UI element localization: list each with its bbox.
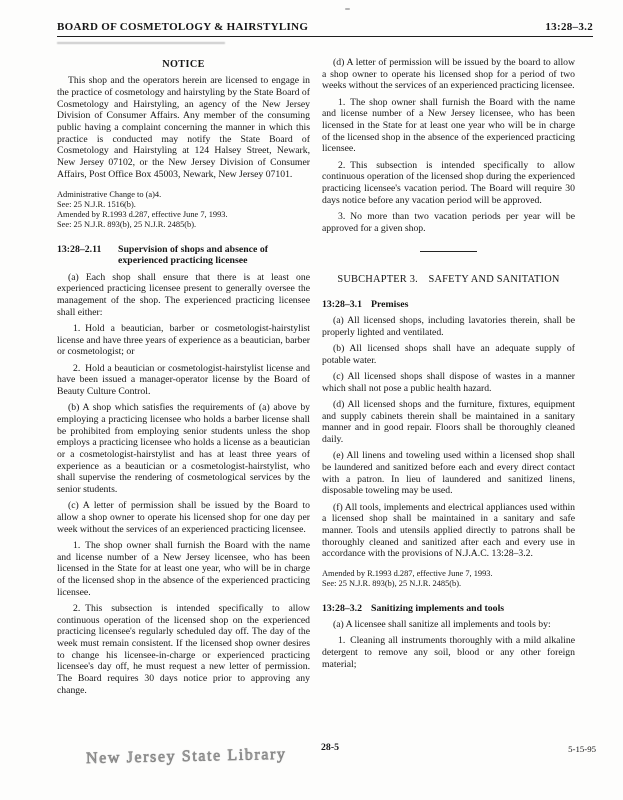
paragraph-d-item-3: 3. No more than two vacation periods per… bbox=[322, 211, 575, 234]
paragraph-a: (a) Each shop shall ensure that there is… bbox=[57, 272, 310, 319]
history-note-line: Administrative Change to (a)4. bbox=[57, 190, 310, 200]
section-divider bbox=[420, 251, 477, 252]
scan-speck bbox=[345, 8, 350, 10]
paragraph-a-item-1: 1. Hold a beautician, barber or cosmetol… bbox=[57, 323, 310, 358]
page-number: 28-5 bbox=[305, 742, 355, 753]
sanitizing-paragraph-a: (a) A licensee shall sanitize all implem… bbox=[322, 619, 575, 631]
footer-date: 5-15-95 bbox=[568, 744, 596, 754]
premises-paragraph-a: (a) All licensed shops, including lavato… bbox=[322, 315, 575, 338]
subchapter-heading: SUBCHAPTER 3. SAFETY AND SANITATION bbox=[322, 274, 575, 286]
section-number: 13:28–2.11 bbox=[57, 244, 118, 267]
left-column: NOTICE This shop and the operators herei… bbox=[57, 44, 310, 697]
section-number: 13:28–3.1 bbox=[322, 299, 362, 310]
history-note-line: See: 25 N.J.R. 893(b), 25 N.J.R. 2485(b)… bbox=[322, 579, 575, 589]
paragraph-c: (c) A letter of permission shall be issu… bbox=[57, 500, 310, 535]
notice-paragraph: This shop and the operators herein are l… bbox=[57, 75, 310, 180]
premises-paragraph-f: (f) All tools, implements and electrical… bbox=[322, 502, 575, 561]
paragraph-c-item-1: 1. The shop owner shall furnish the Boar… bbox=[57, 540, 310, 599]
section-heading-13-28-3-1: 13:28–3.1Premises bbox=[322, 299, 575, 311]
running-header-title: BOARD OF COSMETOLOGY & HAIRSTYLING bbox=[57, 21, 308, 33]
document-body: NOTICE This shop and the operators herei… bbox=[57, 44, 575, 697]
section-heading-13-28-3-2: 13:28–3.2Sanitizing implements and tools bbox=[322, 603, 575, 615]
history-notes: Administrative Change to (a)4. See: 25 N… bbox=[57, 190, 310, 231]
paragraph-c-item-2: 2. This subsection is intended specifica… bbox=[57, 603, 310, 697]
history-note-line: See: 25 N.J.R. 1516(b). bbox=[57, 200, 310, 210]
history-note-line: See: 25 N.J.R. 893(b), 25 N.J.R. 2485(b)… bbox=[57, 220, 310, 230]
paragraph-d-item-2: 2. This subsection is intended specifica… bbox=[322, 160, 575, 207]
paragraph-b: (b) A shop which satisfies the requireme… bbox=[57, 402, 310, 496]
notice-heading: NOTICE bbox=[57, 59, 310, 71]
right-column: (d) A letter of permission will be issue… bbox=[322, 44, 575, 697]
section-number: 13:28–3.2 bbox=[322, 603, 362, 614]
section-title: Supervision of shops and absence of expe… bbox=[118, 244, 310, 267]
sanitizing-item-1: 1. Cleaning all instruments thoroughly w… bbox=[322, 635, 575, 670]
running-header: BOARD OF COSMETOLOGY & HAIRSTYLING 13:28… bbox=[57, 21, 593, 37]
paragraph-a-item-2: 2. Hold a beautician or cosmetologist-ha… bbox=[57, 363, 310, 398]
running-header-section-ref: 13:28–3.2 bbox=[545, 21, 593, 33]
document-page: BOARD OF COSMETOLOGY & HAIRSTYLING 13:28… bbox=[0, 0, 623, 800]
premises-paragraph-b: (b) All licensed shops shall have an ade… bbox=[322, 343, 575, 366]
history-notes: Amended by R.1993 d.287, effective June … bbox=[322, 569, 575, 590]
paragraph-d: (d) A letter of permission will be issue… bbox=[322, 57, 575, 92]
history-note-line: Amended by R.1993 d.287, effective June … bbox=[322, 569, 575, 579]
section-heading-13-28-2-11: 13:28–2.11 Supervision of shops and abse… bbox=[57, 244, 310, 267]
section-title: Premises bbox=[371, 299, 408, 310]
history-note-line: Amended by R.1993 d.287, effective June … bbox=[57, 210, 310, 220]
premises-paragraph-c: (c) All licensed shops shall dispose of … bbox=[322, 371, 575, 394]
section-title: Sanitizing implements and tools bbox=[371, 603, 504, 614]
paragraph-d-item-1: 1. The shop owner shall furnish the Boar… bbox=[322, 97, 575, 156]
premises-paragraph-d: (d) All licensed shops and the furniture… bbox=[322, 399, 575, 446]
library-stamp: New Jersey State Library bbox=[86, 746, 287, 768]
premises-paragraph-e: (e) All linens and toweling used within … bbox=[322, 450, 575, 497]
